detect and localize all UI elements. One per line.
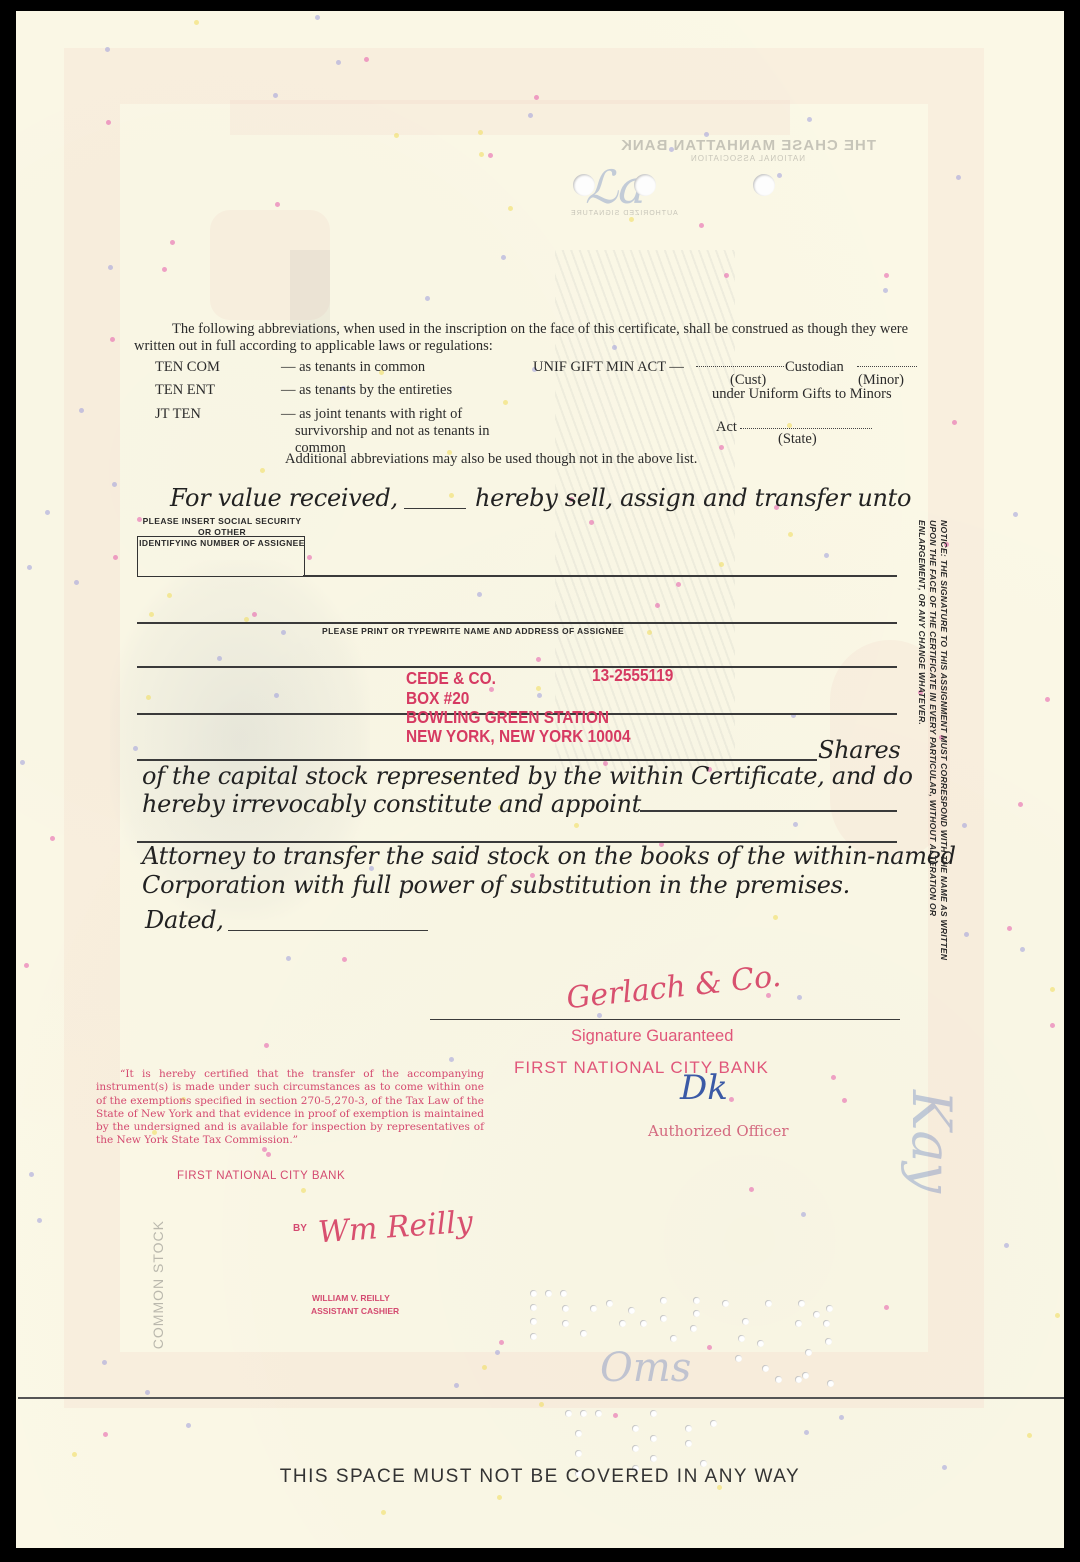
paper-fiber-dot — [112, 482, 117, 487]
perforation-hole — [562, 1320, 569, 1327]
signature-notice: NOTICE: THE SIGNATURE TO THIS ASSIGNMENT… — [913, 520, 949, 980]
paper-fiber-dot — [79, 408, 84, 413]
perforation-hole — [823, 1320, 830, 1327]
abbr-meaning-ten-com: — as tenants in common — [281, 359, 425, 376]
perforation-hole — [775, 1376, 782, 1383]
paper-fiber-dot — [704, 132, 709, 137]
perforation-hole — [530, 1304, 537, 1311]
perforation-hole — [693, 1310, 700, 1317]
paper-fiber-dot — [72, 1452, 77, 1457]
paper-fiber-dot — [113, 555, 118, 560]
paper-fiber-dot — [449, 493, 454, 498]
paper-fiber-dot — [497, 1495, 502, 1500]
bleed-bank-sub: NATIONAL ASSOCIATION — [690, 154, 805, 163]
perforation-hole — [722, 1300, 729, 1307]
paper-fiber-dot — [495, 1350, 500, 1355]
perforation-hole — [632, 1425, 639, 1432]
paper-fiber-dot — [1055, 1313, 1060, 1318]
paper-fiber-dot — [252, 612, 257, 617]
abbr-meaning-jt-ten: — as joint tenants with right of survivo… — [281, 406, 525, 457]
paper-fiber-dot — [307, 555, 312, 560]
assignee-stamp-name: CEDE & CO. — [406, 668, 496, 688]
authorized-officer-label: Authorized Officer — [648, 1122, 789, 1140]
abbr-code-jt-ten: JT TEN — [155, 406, 201, 423]
paper-fiber-dot — [797, 995, 802, 1000]
paper-fiber-dot — [724, 273, 729, 278]
bleed-bank-name: THE CHASE MANHATTAN BANK — [620, 137, 876, 154]
assignee-line-2[interactable] — [137, 622, 897, 624]
perforation-hole — [798, 1300, 805, 1307]
paper-fiber-dot — [74, 580, 79, 585]
paper-fiber-dot — [1018, 802, 1023, 807]
paper-fiber-dot — [454, 1383, 459, 1388]
perforation-hole — [530, 1333, 537, 1340]
punch-hole — [573, 174, 595, 196]
perforation-hole — [575, 1430, 582, 1437]
perforation-hole — [795, 1320, 802, 1327]
perforation-hole — [693, 1297, 700, 1304]
attorney-line-1[interactable] — [640, 810, 897, 812]
paper-fiber-dot — [534, 95, 539, 100]
guarantor-bank: FIRST NATIONAL CITY BANK — [514, 1058, 769, 1078]
paper-fiber-dot — [342, 957, 347, 962]
paper-fiber-dot — [479, 152, 484, 157]
perforation-hole — [575, 1450, 582, 1457]
paper-fiber-dot — [676, 582, 681, 587]
perforation-hole — [685, 1425, 692, 1432]
paper-fiber-dot — [629, 217, 634, 222]
perforation-hole — [632, 1445, 639, 1452]
paper-fiber-dot — [162, 267, 167, 272]
paper-fiber-dot — [729, 1097, 734, 1102]
paper-fiber-dot — [194, 20, 199, 25]
paper-fiber-dot — [274, 693, 279, 698]
perforation-hole — [545, 1290, 552, 1297]
perforation-hole — [560, 1290, 567, 1297]
perforation-hole — [757, 1340, 764, 1347]
paper-fiber-dot — [1004, 1243, 1009, 1248]
paper-fiber-dot — [110, 337, 115, 342]
perforation-hole — [530, 1290, 537, 1297]
perforation-hole — [619, 1320, 626, 1327]
signature-line[interactable] — [430, 1019, 900, 1020]
ugma-cust-field[interactable] — [696, 366, 784, 367]
perforation-hole — [595, 1410, 602, 1417]
irrevocably-text: hereby irrevocably constitute and appoin… — [142, 790, 641, 818]
ugma-under: under Uniform Gifts to Minors — [712, 386, 892, 403]
perforation-hole — [825, 1338, 832, 1345]
officer-signature: Dk — [680, 1068, 728, 1108]
cashier-name: WILLIAM V. REILLY — [312, 1293, 390, 1303]
abbreviations-footer: Additional abbreviations may also be use… — [285, 451, 697, 468]
paper-fiber-dot — [793, 822, 798, 827]
punch-hole — [753, 174, 775, 196]
name-address-label: PLEASE PRINT OR TYPEWRITE NAME AND ADDRE… — [322, 626, 624, 636]
assignor-line[interactable] — [404, 508, 466, 509]
ugma-state-field[interactable] — [740, 428, 872, 429]
perforation-hole — [670, 1335, 677, 1342]
ugma-state-label: (State) — [778, 431, 817, 448]
paper-fiber-dot — [964, 932, 969, 937]
perforation-hole — [802, 1372, 809, 1379]
paper-fiber-dot — [1050, 987, 1055, 992]
bleed-through-band — [230, 100, 790, 135]
perforation-hole — [650, 1435, 657, 1442]
paper-fiber-dot — [574, 823, 579, 828]
punch-hole — [634, 174, 656, 196]
capital-stock-text: of the capital stock represented by the … — [142, 762, 913, 790]
paper-fiber-dot — [699, 223, 704, 228]
dated-field[interactable] — [228, 930, 428, 931]
attorney-text-2: Corporation with full power of substitut… — [142, 871, 850, 899]
paper-fiber-dot — [499, 1340, 504, 1345]
paper-fiber-dot — [539, 1402, 544, 1407]
perforation-hole — [565, 1410, 572, 1417]
paper-fiber-dot — [29, 1172, 34, 1177]
assignee-stamp-city: NEW YORK, NEW YORK 10004 — [406, 726, 631, 746]
bleed-common-stock: COMMON STOCK — [150, 1220, 166, 1349]
paper-fiber-dot — [394, 133, 399, 138]
paper-fiber-dot — [482, 1365, 487, 1370]
paper-fiber-dot — [103, 1432, 108, 1437]
paper-fiber-dot — [364, 57, 369, 62]
attorney-text-1: Attorney to transfer the said stock on t… — [142, 842, 956, 870]
abbr-code-ten-ent: TEN ENT — [155, 382, 215, 399]
ugma-act: Act — [716, 419, 737, 436]
paper-fiber-dot — [952, 420, 957, 425]
perforation-hole — [710, 1420, 717, 1427]
paper-fiber-dot — [24, 963, 29, 968]
shares-line[interactable] — [137, 759, 817, 761]
paper-fiber-dot — [275, 202, 280, 207]
perforation-hole — [762, 1365, 769, 1372]
perforation-hole — [650, 1455, 657, 1462]
perforation-hole — [738, 1335, 745, 1342]
paper-fiber-dot — [613, 1413, 618, 1418]
paper-fiber-dot — [281, 630, 286, 635]
paper-fiber-dot — [749, 1187, 754, 1192]
tax-exemption-certification: “It is hereby certified that the transfe… — [96, 1068, 484, 1148]
perforation-hole — [660, 1297, 667, 1304]
assignee-line-1[interactable] — [303, 575, 897, 577]
tax-cert-by: BY — [293, 1223, 307, 1234]
tax-cert-bank: FIRST NATIONAL CITY BANK — [177, 1170, 345, 1182]
perforation-hole — [826, 1305, 833, 1312]
paper-fiber-dot — [425, 296, 430, 301]
perforation-hole — [580, 1330, 587, 1337]
signature-guaranteed-label: Signature Guaranteed — [571, 1027, 733, 1046]
perforation-hole — [650, 1410, 657, 1417]
perforation-hole — [562, 1305, 569, 1312]
perforation-hole — [765, 1300, 772, 1307]
ugma-custodian: Custodian — [785, 359, 844, 376]
paper-fiber-dot — [266, 1152, 271, 1157]
bleed-signature-bottom: Oms — [600, 1345, 691, 1391]
paper-fiber-dot — [528, 113, 533, 118]
paper-fiber-dot — [536, 657, 541, 662]
abbreviations-intro: The following abbreviations, when used i… — [134, 321, 944, 355]
paper-fiber-dot — [804, 1430, 809, 1435]
paper-fiber-dot — [719, 562, 724, 567]
dated-label: Dated, — [145, 906, 224, 934]
paper-fiber-dot — [449, 1057, 454, 1062]
perforation-hole — [606, 1300, 613, 1307]
paper-fiber-dot — [149, 612, 154, 617]
abbr-code-ten-com: TEN COM — [155, 359, 220, 376]
abbr-meaning-ten-ent: — as tenants by the entireties — [281, 382, 452, 399]
paper-fiber-dot — [106, 120, 111, 125]
paper-fiber-dot — [260, 468, 265, 473]
assignee-stamp-box: BOX #20 — [406, 688, 469, 708]
paper-fiber-dot — [884, 273, 889, 278]
perforation-hole — [640, 1320, 647, 1327]
paper-fiber-dot — [801, 1212, 806, 1217]
perforation-hole — [590, 1305, 597, 1312]
ugma-minor-field[interactable] — [857, 366, 917, 367]
paper-fiber-dot — [655, 603, 660, 608]
paper-fiber-dot — [102, 1360, 107, 1365]
hereby-sell-assign: hereby sell, assign and transfer unto — [475, 484, 911, 512]
perforation-hole — [795, 1376, 802, 1383]
perforation-hole — [660, 1315, 667, 1322]
perforation-hole — [742, 1318, 749, 1325]
perforation-hole — [690, 1325, 697, 1332]
shares-word: Shares — [818, 736, 900, 764]
bottom-notice: THIS SPACE MUST NOT BE COVERED IN ANY WA… — [0, 1466, 1080, 1488]
paper-fiber-dot — [186, 1423, 191, 1428]
ugma-label: UNIF GIFT MIN ACT — — [533, 359, 684, 376]
assignee-stamp-tax-id: 13-2555119 — [592, 665, 673, 685]
perforation-hole — [685, 1440, 692, 1447]
paper-fiber-dot — [146, 695, 151, 700]
perforation-hole — [580, 1410, 587, 1417]
paper-fiber-dot — [839, 1415, 844, 1420]
bottom-divider — [18, 1397, 1064, 1399]
paper-fiber-dot — [501, 255, 506, 260]
paper-fiber-dot — [647, 630, 652, 635]
paper-fiber-dot — [824, 553, 829, 558]
cashier-title: ASSISTANT CASHIER — [311, 1306, 399, 1316]
for-value-received: For value received, — [170, 484, 398, 512]
bleed-signature-right: Kay — [900, 1090, 963, 1193]
paper-fiber-dot — [842, 1098, 847, 1103]
perforation-hole — [628, 1307, 635, 1314]
perforation-hole — [805, 1349, 812, 1356]
ssn-input-box[interactable] — [137, 536, 305, 577]
paper-fiber-dot — [537, 693, 542, 698]
paper-fiber-dot — [773, 915, 778, 920]
perforation-hole — [530, 1318, 537, 1325]
paper-fiber-dot — [719, 445, 724, 450]
paper-fiber-dot — [170, 240, 175, 245]
perforation-hole — [813, 1311, 820, 1318]
assignee-stamp-station: BOWLING GREEN STATION — [406, 707, 609, 727]
perforation-hole — [735, 1355, 742, 1362]
paper-fiber-dot — [1045, 697, 1050, 702]
assignee-line-3[interactable] — [137, 666, 897, 668]
perforation-hole — [827, 1380, 834, 1387]
